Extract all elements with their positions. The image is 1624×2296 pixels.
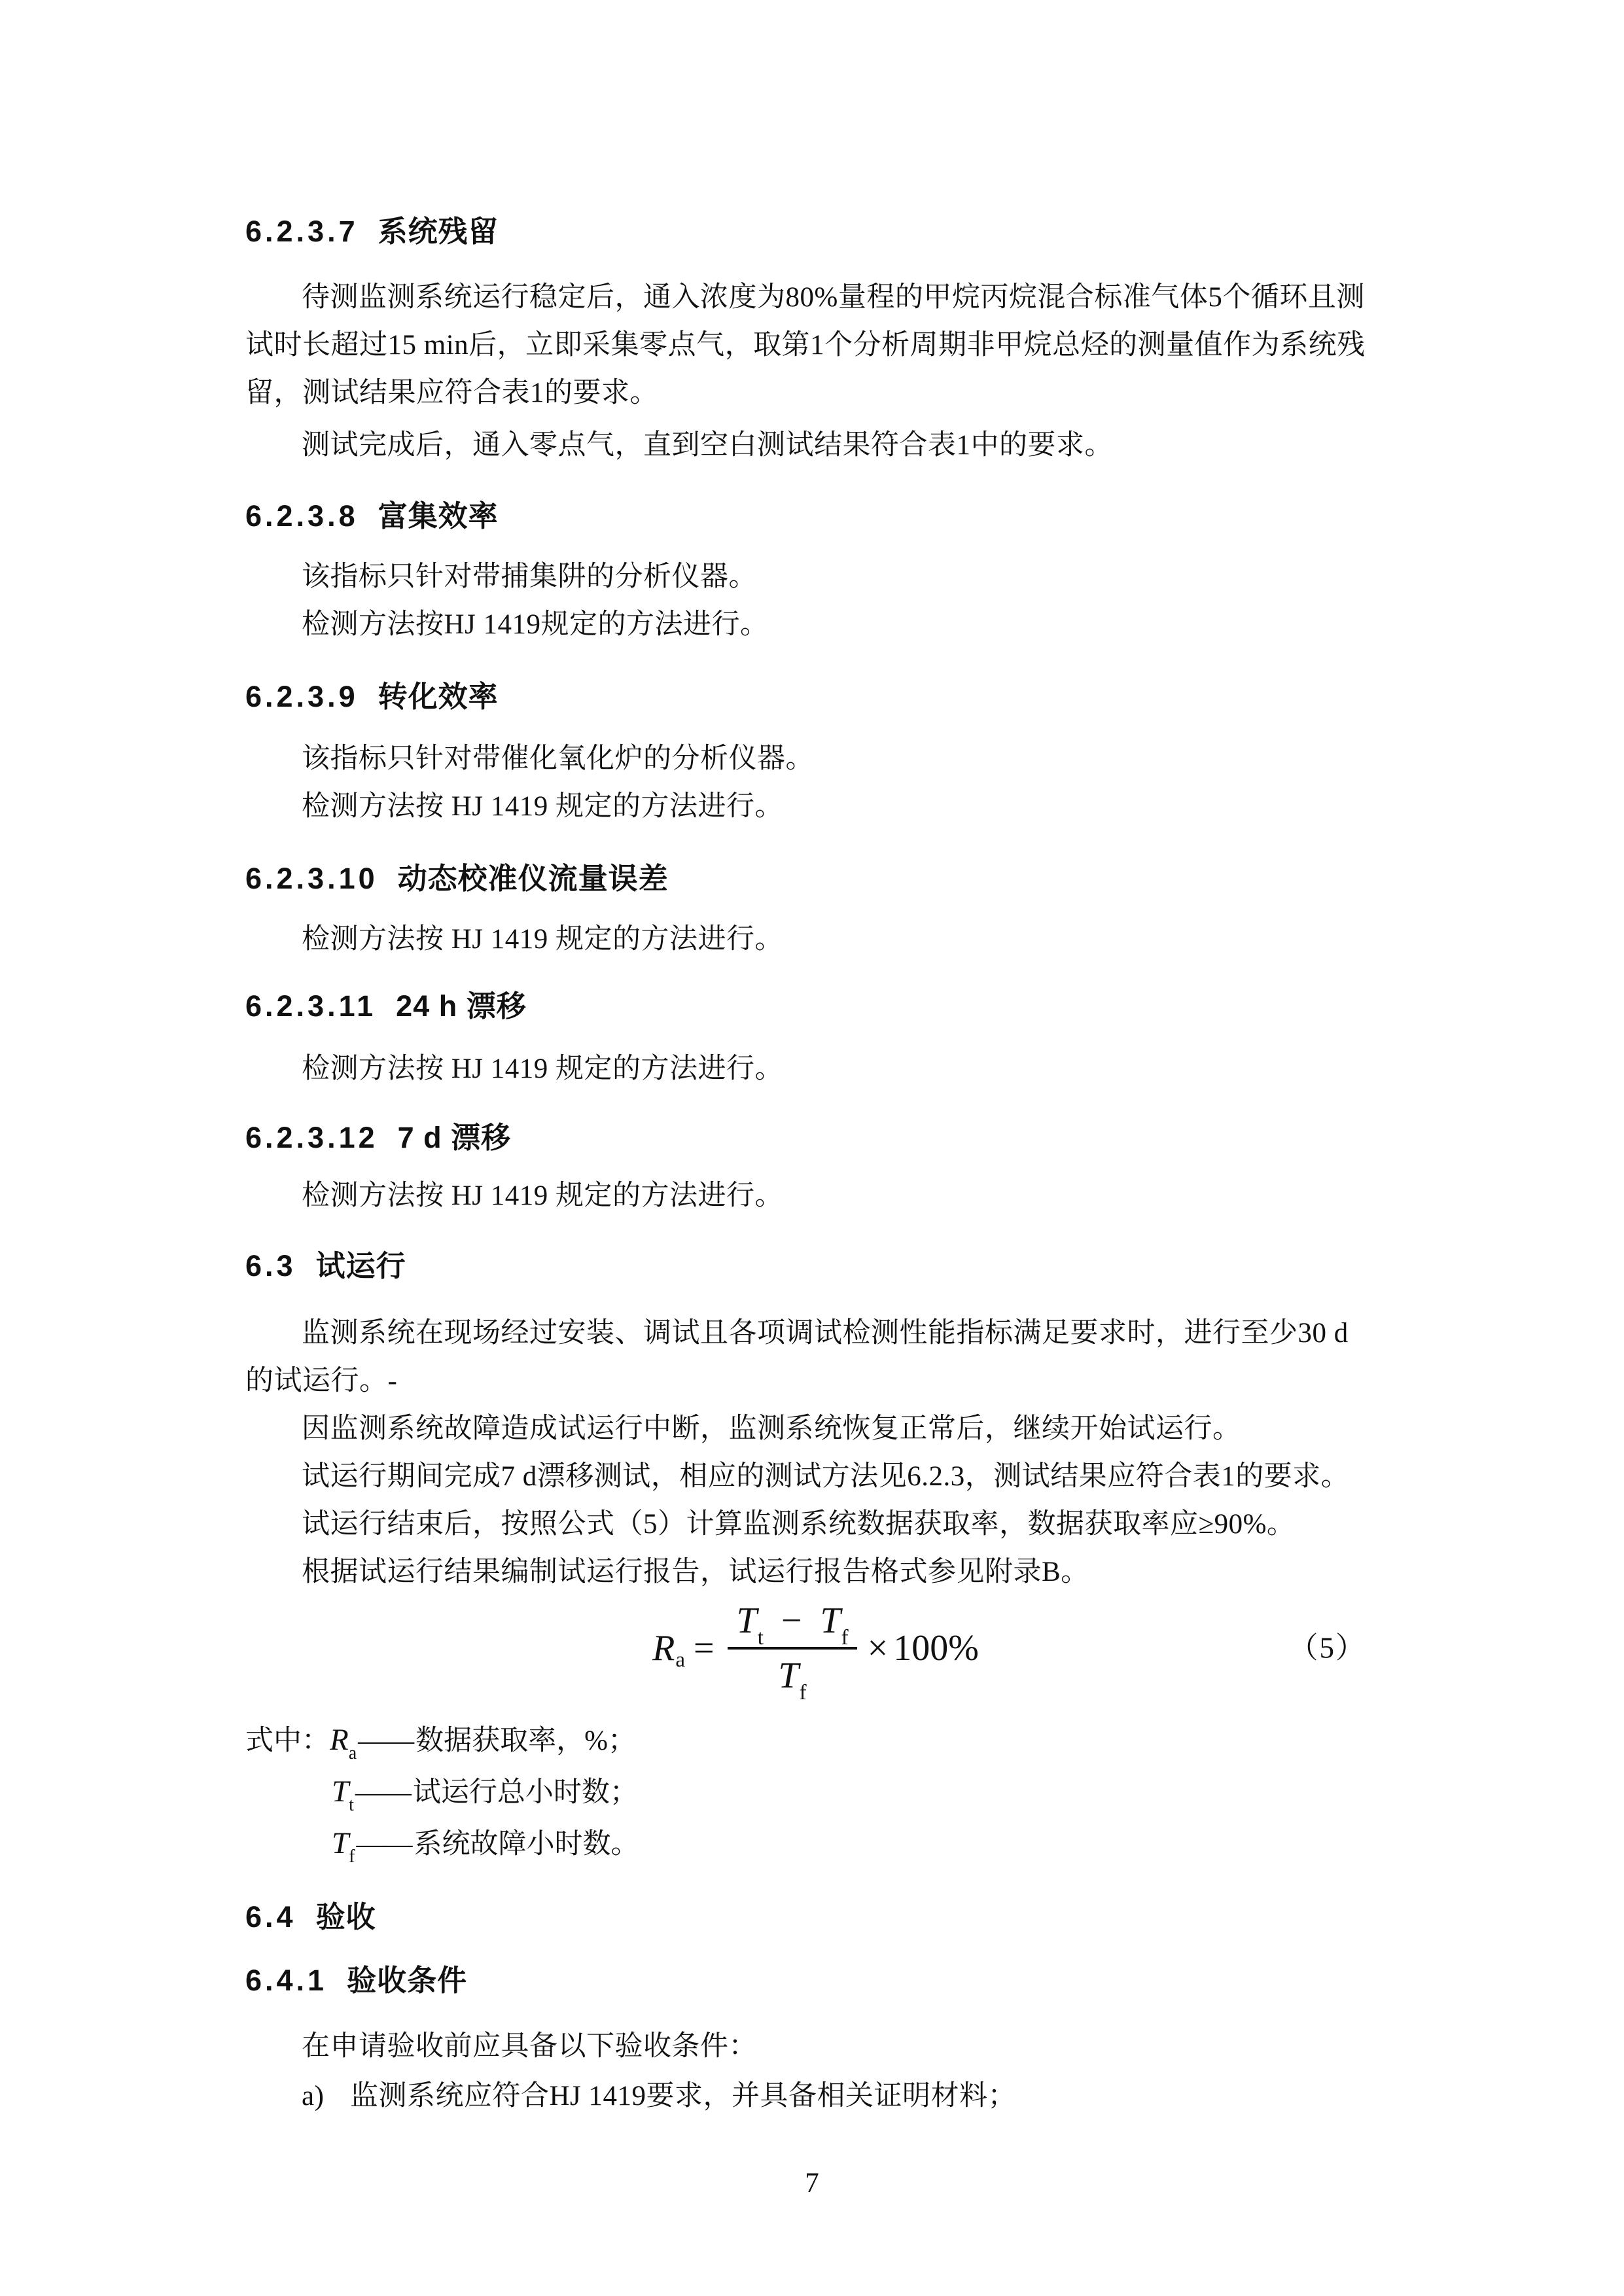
equation-factor: 100%: [893, 1627, 979, 1669]
where-clause-line: Tf——系统故障小时数。: [245, 1820, 1386, 1871]
heading-title: 转化效率: [378, 680, 499, 713]
section-heading-6-2-3-9: 6.2.3.9转化效率: [245, 679, 1386, 715]
paragraph-line: 试运行期间完成7 d漂移测试，相应的测试方法见6.2.3，测试结果应符合表1的要…: [245, 1453, 1386, 1500]
equals-sign: =: [694, 1627, 715, 1669]
document-content: 6.2.3.7系统残留 待测监测系统运行稳定后，通入浓度为80%量程的甲烷丙烷混…: [245, 0, 1386, 2120]
where-var-subscript: t: [349, 1795, 354, 1815]
list-item-a: a)监测系统应符合HJ 1419要求，并具备相关证明材料；: [245, 2072, 1386, 2120]
list-item-label: a): [302, 2072, 350, 2120]
where-dash: ——: [358, 1725, 414, 1756]
heading-title: 系统残留: [378, 215, 499, 248]
fraction-numerator: Tt − Tf: [728, 1600, 857, 1650]
equation-lhs: R: [652, 1627, 675, 1669]
equation-5: Ra = Tt − Tf Tf × 100%: [652, 1600, 979, 1697]
where-text: 系统故障小时数。: [414, 1829, 639, 1860]
paragraph-line: 待测监测系统运行稳定后，通入浓度为80%量程的甲烷丙烷混合标准气体5个循环且测: [245, 274, 1386, 321]
where-var: R: [330, 1723, 349, 1757]
denominator-var: T: [779, 1655, 799, 1696]
heading-number: 6.2.3.12: [245, 1121, 378, 1154]
paragraph-line: 因监测系统故障造成试运行中断，监测系统恢复正常后，继续开始试运行。: [245, 1405, 1386, 1453]
paragraph-line: 的试运行。-: [245, 1357, 1386, 1405]
heading-title: 试运行: [316, 1249, 406, 1282]
paragraph-line: 留，测试结果应符合表1的要求。: [245, 369, 1386, 417]
numerator-var-2: T: [820, 1600, 840, 1641]
heading-title: 富集效率: [378, 499, 499, 533]
heading-title: 验收: [316, 1900, 376, 1934]
paragraph-line: 检测方法按 HJ 1419 规定的方法进行。: [245, 1045, 1386, 1093]
where-var-subscript: a: [349, 1743, 357, 1763]
section-heading-6-4: 6.4验收: [245, 1899, 1386, 1935]
paragraph-line: 检测方法按HJ 1419规定的方法进行。: [245, 601, 1386, 648]
heading-number: 6.4.1: [245, 1964, 327, 1997]
where-var-subscript: f: [349, 1846, 355, 1867]
paragraph-line: 根据试运行结果编制试运行报告，试运行报告格式参见附录B。: [245, 1548, 1386, 1596]
where-var: T: [332, 1775, 349, 1809]
where-text: 试运行总小时数；: [413, 1777, 638, 1808]
minus-sign: −: [781, 1600, 802, 1641]
paragraph-line: 检测方法按 HJ 1419 规定的方法进行。: [245, 783, 1386, 830]
heading-title: 24 h 漂移: [396, 989, 527, 1023]
section-heading-6-2-3-7: 6.2.3.7系统残留: [245, 213, 1386, 250]
heading-title: 验收条件: [347, 1964, 467, 1997]
section-heading-6-2-3-8: 6.2.3.8富集效率: [245, 498, 1386, 535]
where-clause-line: 式中：Ra——数据获取率，%；: [245, 1716, 1386, 1768]
equation-fraction: Tt − Tf Tf: [728, 1600, 857, 1697]
equation-lhs-subscript: a: [675, 1648, 685, 1672]
list-item-text: 监测系统应符合HJ 1419要求，并具备相关证明材料；: [350, 2081, 1016, 2111]
paragraph-line: 监测系统在现场经过安装、调试且各项调试检测性能指标满足要求时，进行至少30 d: [245, 1309, 1386, 1357]
heading-title: 7 d 漂移: [398, 1121, 512, 1154]
numerator-var-2-subscript: f: [841, 1626, 849, 1650]
paragraph-line: 在申请验收前应具备以下验收条件：: [245, 2022, 1386, 2070]
equation-5-row: Ra = Tt − Tf Tf × 100% （5）: [245, 1596, 1386, 1701]
section-heading-6-4-1: 6.4.1验收条件: [245, 1962, 1386, 1999]
paragraph-line: 检测方法按 HJ 1419 规定的方法进行。: [245, 915, 1386, 963]
times-sign: ×: [868, 1627, 889, 1669]
where-clause-line: Tt——试运行总小时数；: [245, 1768, 1386, 1820]
section-heading-6-2-3-10: 6.2.3.10动态校准仪流量误差: [245, 860, 1386, 897]
section-heading-6-3: 6.3试运行: [245, 1248, 1386, 1284]
heading-number: 6.2.3.11: [245, 989, 376, 1023]
paragraph-line: 该指标只针对带捕集阱的分析仪器。: [245, 553, 1386, 601]
heading-title: 动态校准仪流量误差: [398, 862, 669, 895]
denominator-var-subscript: f: [800, 1681, 807, 1704]
where-var: T: [332, 1826, 349, 1860]
paragraph-line: 该指标只针对带催化氧化炉的分析仪器。: [245, 735, 1386, 783]
paragraph-line: 试时长超过15 min后，立即采集零点气，取第1个分析周期非甲烷总烃的测量值作为…: [245, 321, 1386, 369]
where-text: 数据获取率，%；: [415, 1725, 636, 1756]
paragraph-line: 检测方法按 HJ 1419 规定的方法进行。: [245, 1172, 1386, 1220]
numerator-var-1: T: [737, 1600, 757, 1641]
paragraph-line: 测试完成后，通入零点气，直到空白测试结果符合表1中的要求。: [245, 421, 1386, 469]
heading-number: 6.2.3.8: [245, 499, 359, 533]
equation-number: （5）: [1288, 1623, 1366, 1666]
where-dash: ——: [356, 1829, 412, 1860]
page-number: 7: [0, 2167, 1624, 2199]
heading-number: 6.2.3.9: [245, 680, 359, 713]
heading-number: 6.2.3.7: [245, 215, 359, 248]
where-prefix: 式中：: [245, 1725, 330, 1756]
section-heading-6-2-3-12: 6.2.3.127 d 漂移: [245, 1120, 1386, 1156]
document-page: 6.2.3.7系统残留 待测监测系统运行稳定后，通入浓度为80%量程的甲烷丙烷混…: [0, 0, 1624, 2296]
fraction-denominator: Tf: [728, 1650, 857, 1697]
paragraph-line: 试运行结束后，按照公式（5）计算监测系统数据获取率，数据获取率应≥90%。: [245, 1500, 1386, 1548]
heading-number: 6.2.3.10: [245, 862, 378, 895]
where-dash: ——: [355, 1777, 412, 1808]
numerator-var-1-subscript: t: [758, 1626, 764, 1650]
section-heading-6-2-3-11: 6.2.3.1124 h 漂移: [245, 988, 1386, 1025]
heading-number: 6.3: [245, 1249, 296, 1282]
heading-number: 6.4: [245, 1900, 296, 1934]
